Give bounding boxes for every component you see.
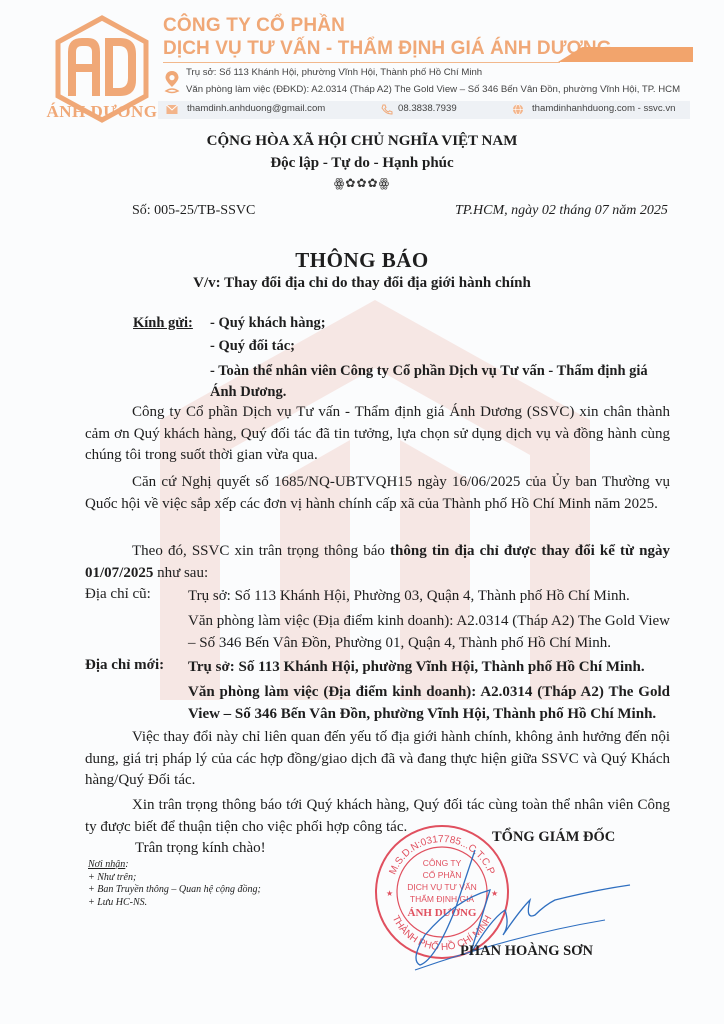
new-address-label: Địa chỉ mới: <box>85 657 164 674</box>
distribution-list: Nơi nhận: + Như trên; + Ban Truyền thông… <box>88 859 261 909</box>
new-office: Văn phòng làm việc (Địa điểm kinh doanh)… <box>188 682 670 725</box>
mail-icon <box>166 104 178 115</box>
old-office: Văn phòng làm việc (Địa điểm kinh doanh)… <box>188 611 670 654</box>
header-divider <box>163 62 560 63</box>
website-link[interactable]: thamdinhanhduong.com - ssvc.vn <box>532 103 675 114</box>
paragraph-legal-effect: Việc thay đổi này chỉ liên quan đến yếu … <box>85 727 670 792</box>
company-name-line2: DỊCH VỤ TƯ VẤN - THẨM ĐỊNH GIÁ ÁNH DƯƠNG <box>163 38 612 60</box>
new-head-office: Trụ sở: Số 113 Khánh Hội, phường Vĩnh Hộ… <box>188 657 670 679</box>
document-date: TP.HCM, ngày 02 tháng 07 năm 2025 <box>455 203 668 219</box>
company-name-line1: CÔNG TY CỔ PHẦN <box>163 15 345 37</box>
location-pin-icon <box>164 70 180 94</box>
paragraph-legal-basis: Căn cứ Nghị quyết số 1685/NQ-UBTVQH15 ng… <box>85 472 670 515</box>
recipient-item: - Toàn thể nhân viên Công ty Cổ phần Dịc… <box>210 361 670 403</box>
globe-icon <box>512 104 524 115</box>
paragraph-thanks: Công ty Cổ phần Dịch vụ Tư vấn - Thẩm đị… <box>85 402 670 467</box>
recipient-item: - Quý đối tác; <box>210 338 295 355</box>
old-address-label: Địa chỉ cũ: <box>85 586 151 603</box>
signer-name: PHAN HOÀNG SƠN <box>460 943 593 960</box>
national-title: CỘNG HÒA XÃ HỘI CHỦ NGHĨA VIỆT NAM <box>0 133 724 150</box>
document-number: Số: 005-25/TB-SSVC <box>132 203 255 219</box>
national-motto: Độc lập - Tự do - Hạnh phúc <box>0 155 724 172</box>
old-head-office: Trụ sở: Số 113 Khánh Hội, Phường 03, Quậ… <box>188 586 670 608</box>
head-office-address: Trụ sở: Số 113 Khánh Hội, phường Vĩnh Hộ… <box>186 67 482 78</box>
paragraph-announcement: Theo đó, SSVC xin trân trọng thông báo t… <box>85 541 670 584</box>
svg-text:★: ★ <box>386 889 393 898</box>
phone-icon <box>381 104 393 115</box>
email-link[interactable]: thamdinh.anhduong@gmail.com <box>187 103 325 114</box>
ornament: ꙮ✿✿✿ꙮ <box>0 176 724 191</box>
office-address: Văn phòng làm việc (ĐĐKD): A2.0314 (Tháp… <box>186 84 680 95</box>
phone-number[interactable]: 08.3838.7939 <box>398 103 457 114</box>
logo-text: ÁNH DƯƠNG <box>40 102 164 122</box>
recipient-item: - Quý khách hàng; <box>210 315 326 332</box>
document-title: THÔNG BÁO <box>0 248 724 273</box>
recipients-label: Kính gửi: <box>133 315 193 332</box>
document-subject: V/v: Thay đổi địa chỉ do thay đổi địa gi… <box>0 275 724 292</box>
